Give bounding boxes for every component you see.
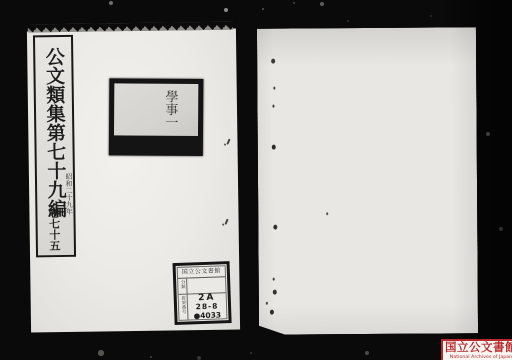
spine-era-note: 昭和二十九年 xyxy=(65,173,73,215)
catalog-sticker: 国立公文書館 分類 排架番号 2A 28-8 ●4033 xyxy=(173,261,232,325)
cover-edge-zigzag xyxy=(28,22,233,33)
blank-page xyxy=(257,27,478,335)
subject-plate-text: 學事一 xyxy=(161,90,178,129)
ink-mark xyxy=(224,219,228,225)
callnumber-line3: ●4033 xyxy=(193,310,221,320)
binding-specks xyxy=(257,29,259,32)
scan-noise-specks xyxy=(0,0,2,2)
ink-mark xyxy=(226,139,230,145)
spine-title-text: 公文類集第七十九編 xyxy=(44,47,65,218)
spine-title-label: 公文類集第七十九編 昭和二十九年 卷七十五 xyxy=(33,35,76,258)
subject-plate-frame: 學事一 xyxy=(109,78,204,156)
spine-volume-text: 卷七十五 xyxy=(48,207,60,251)
watermark-japanese-title: 国立公文書館 xyxy=(443,341,512,354)
archives-watermark: 国立公文書館 National Archives of Japan xyxy=(441,339,512,360)
book-cover: 公文類集第七十九編 昭和二十九年 卷七十五 學事一 国立公文書館 分類 排架番号 xyxy=(27,29,240,333)
classification-value xyxy=(187,277,226,293)
catalog-sticker-inner: 国立公文書館 分類 排架番号 2A 28-8 ●4033 xyxy=(177,265,228,321)
scanned-archive-image: 公文類集第七十九編 昭和二十九年 卷七十五 學事一 国立公文書館 分類 排架番号 xyxy=(0,0,512,360)
subject-plate-window: 學事一 xyxy=(114,83,198,136)
watermark-english-title: National Archives of Japan xyxy=(445,354,512,360)
callnumber-value: 2A 28-8 ●4033 xyxy=(188,293,227,320)
catalog-callnumber-row: 排架番号 2A 28-8 ●4033 xyxy=(179,293,227,321)
